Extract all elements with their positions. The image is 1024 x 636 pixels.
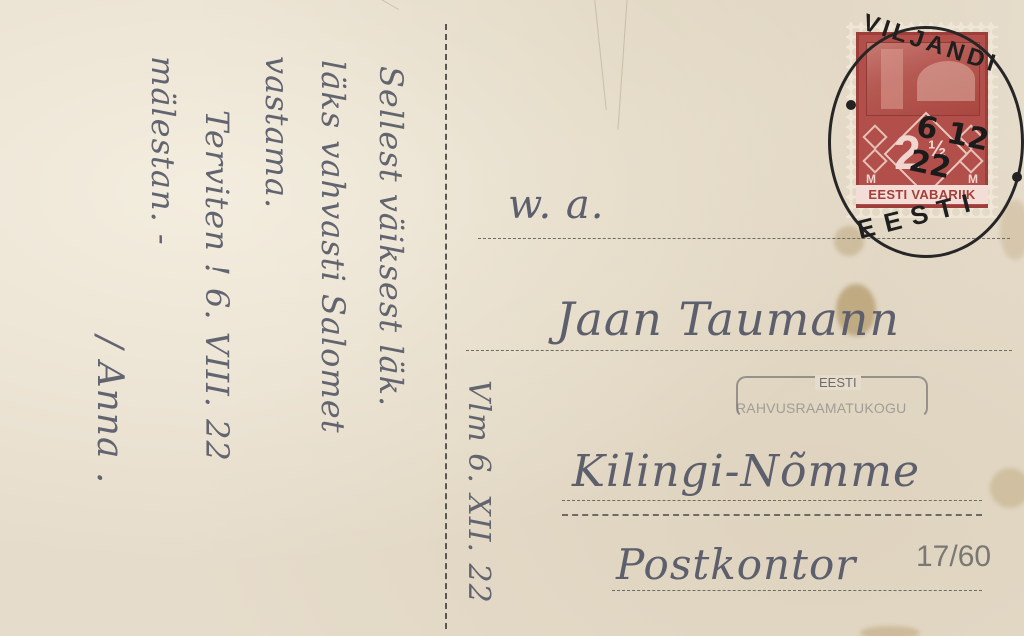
- pencil-catalog-number: 17/60: [916, 540, 991, 574]
- postcard: w. a. Jaan Taumann Kilingi-Nõmme Postkon…: [0, 0, 1024, 636]
- postmark-star-icon: [846, 100, 856, 110]
- water-stain: [990, 468, 1024, 508]
- address-town: Kilingi-Nõmme: [572, 446, 920, 497]
- divider-date-note: Vlm 6. XII. 22: [461, 380, 496, 604]
- message-line-1: Sellest väiksest läk.: [372, 66, 410, 407]
- address-salutation: w. a.: [508, 182, 604, 228]
- center-divider-line: [445, 24, 447, 629]
- address-recipient-name: Jaan Taumann: [556, 292, 900, 346]
- library-stamp-line1: EESTI: [815, 375, 861, 390]
- address-line: [466, 350, 1012, 351]
- address-post-office: Postkontor: [616, 540, 856, 589]
- address-line: [562, 514, 982, 516]
- paper-crease: [381, 0, 399, 10]
- message-line-2: läks vahvasti Salomet: [314, 60, 352, 434]
- paper-crease: [594, 0, 606, 110]
- message-line-3: vastama.: [258, 56, 296, 209]
- address-line: [562, 500, 982, 501]
- message-line-4: Terviten ! 6. VIII. 22: [198, 110, 236, 462]
- paper-crease: [617, 0, 627, 130]
- message-signature: / Anna .: [89, 336, 130, 484]
- library-stamp-line2: RAHVUSRAAMATUKOGU: [736, 400, 906, 416]
- water-stain: [860, 626, 920, 636]
- address-line: [612, 590, 982, 591]
- message-line-5: mälestan. -: [144, 56, 182, 246]
- postmark-star-icon: [1012, 172, 1022, 182]
